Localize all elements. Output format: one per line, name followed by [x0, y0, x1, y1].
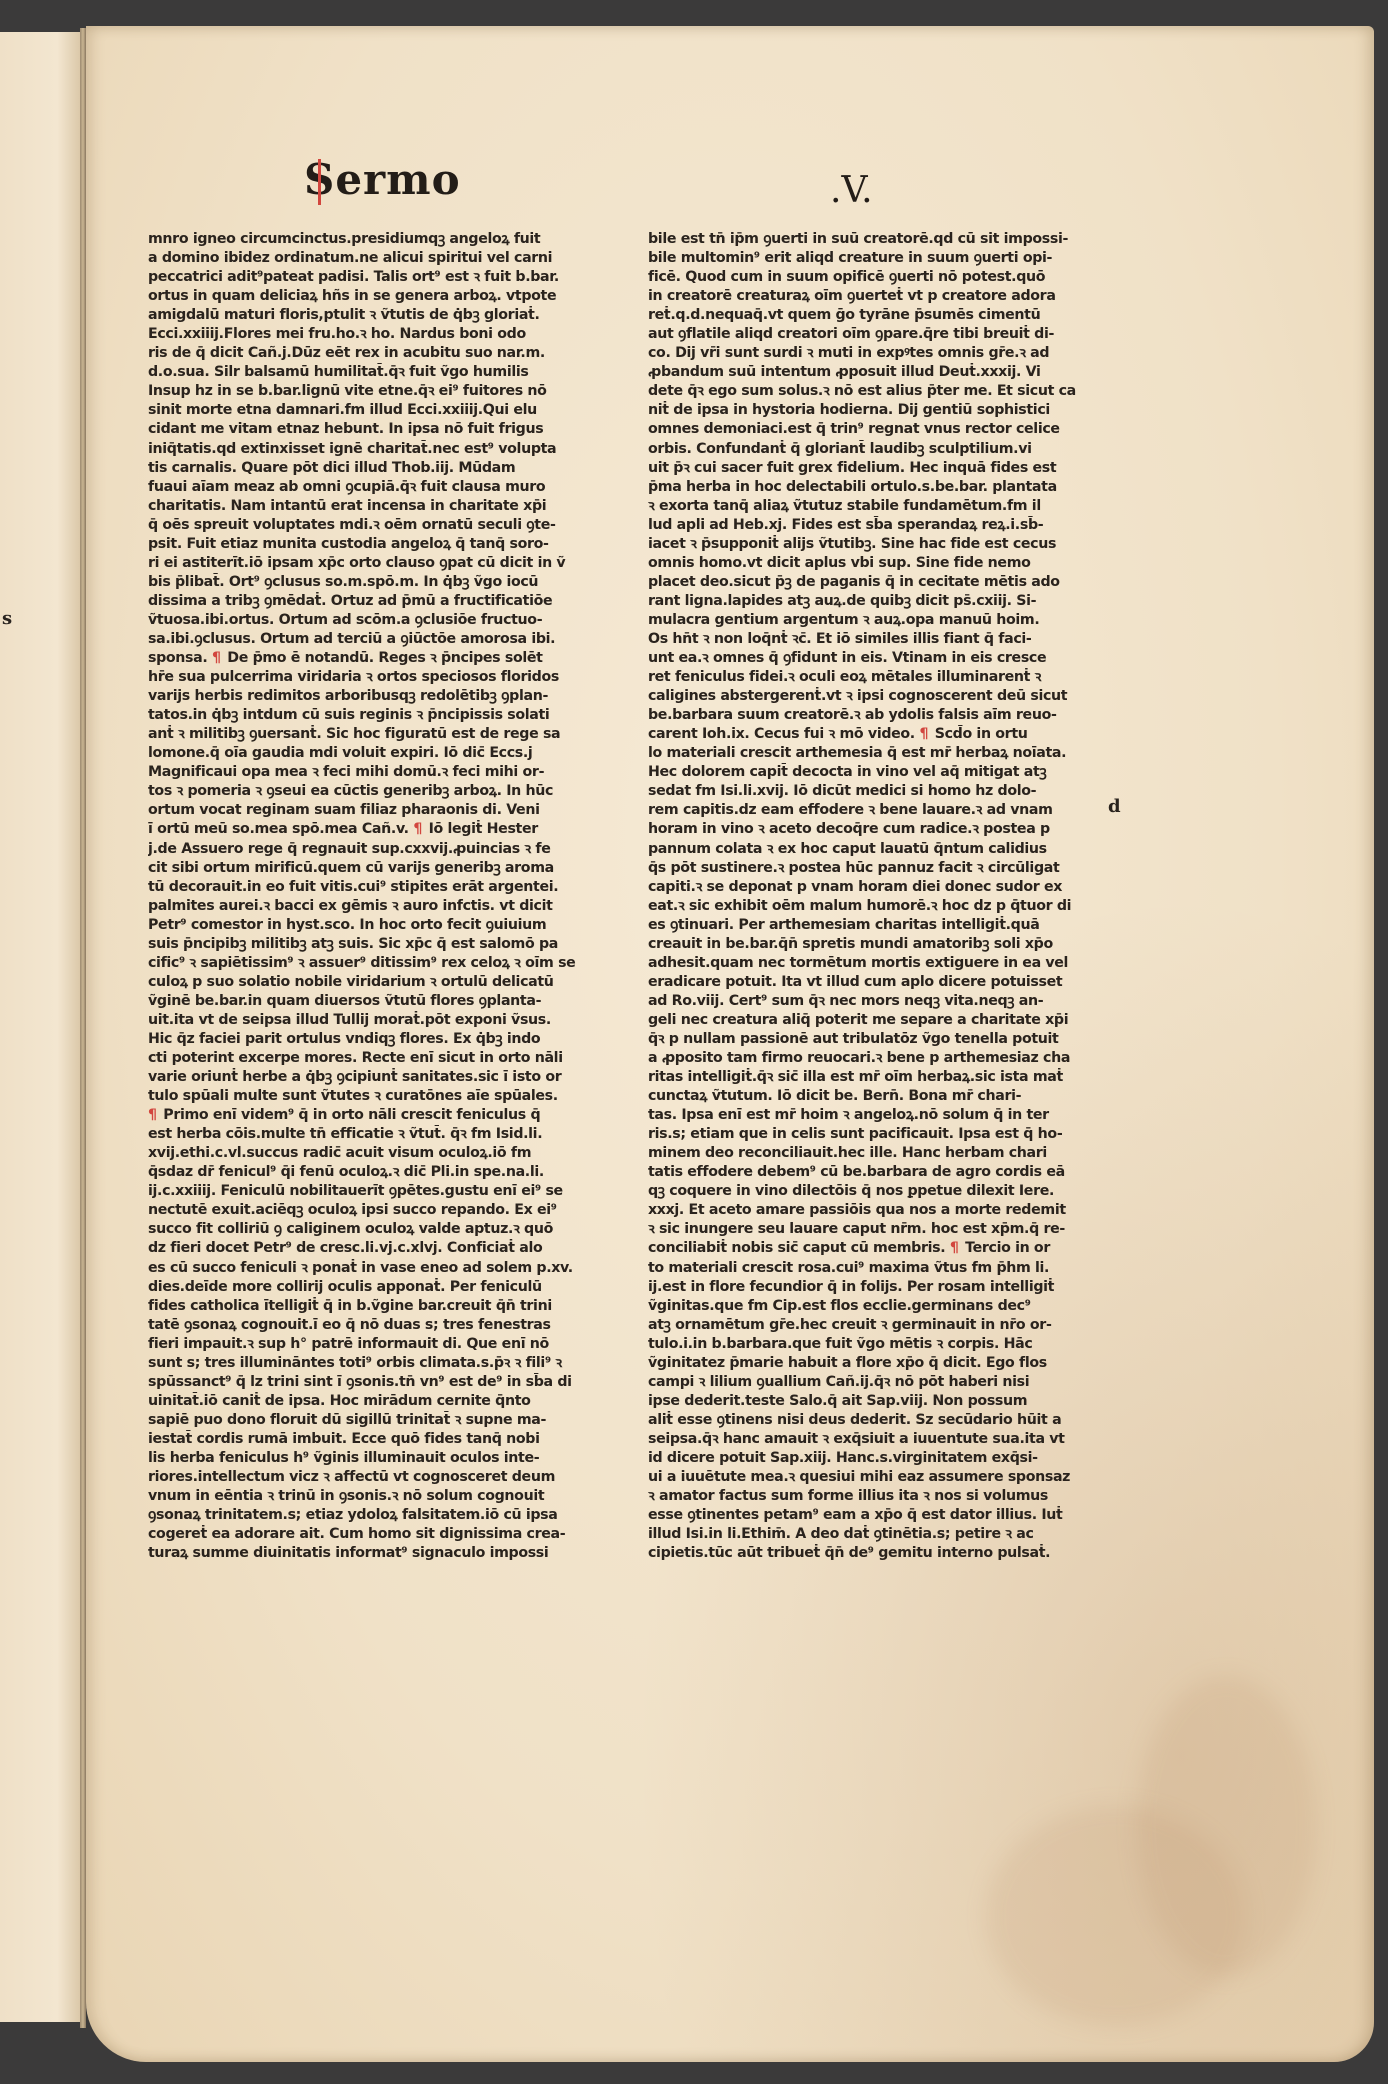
text-line: sunt s; tres illumināntes toti⁹ orbis cl… [148, 1354, 608, 1373]
text-line: q̄sdaz dr̄ fenicul⁹ q̄i fenū oculoꝝ.ꝛ di… [148, 1163, 608, 1182]
text-line: cunctaꝝ ṽtutum. Iō dicit be. Bern̄. Bona… [648, 1087, 1103, 1106]
text-line: turaꝝ summe diuinitatis informat⁹ signac… [148, 1544, 608, 1563]
rubric-pilcrow-icon: ¶ [212, 650, 221, 666]
text-column-right: bile est tn̄ ip̄m ꝯuerti in suū creatorē… [648, 230, 1103, 1563]
text-line: iniq̄tatis.qd extinxisset ignē charitat̄… [148, 440, 608, 459]
text-line: Magnificaui opa mea ꝛ feci mihi domū.ꝛ f… [148, 763, 608, 782]
text-line: ris de q̄ dicit Cañ.j.Dūz eēt rex in acu… [148, 344, 608, 363]
text-line: cipietis.tūc aūt tribueṫ q̄n̄ de⁹ gemitu… [648, 1544, 1103, 1563]
text-line: est herba cōis.multe tn̄ efficatie ꝛ ṽtu… [148, 1125, 608, 1144]
text-line: dissima a tribꝫ ꝯmēdaṫ. Ortuz ad p̄mū a … [148, 592, 608, 611]
text-line: fieri impauit.ꝛ sup h° patrē informauit … [148, 1335, 608, 1354]
text-line: Petr⁹ comestor in hyst.sco. In hoc orto … [148, 916, 608, 935]
text-line: ris.s; etiam que in celis sunt pacificau… [648, 1125, 1103, 1144]
text-line: fides catholica ītelligiṫ q̄ in b.ṽgine … [148, 1297, 608, 1316]
running-head-text: Sermo [304, 155, 461, 204]
text-line: unt ea.ꝛ omnes q̄ ꝯfidunt in eis. Vtinam… [648, 649, 1103, 668]
text-line: riores.intellectum vicz ꝛ affectū vt cog… [148, 1468, 608, 1487]
text-line: cti poterint excerpe mores. Recte enī si… [148, 1049, 608, 1068]
text-line: ꝯsonaꝝ trinitatem.s; etiaz ydoloꝝ falsit… [148, 1506, 608, 1525]
text-line: in creatorē creaturaꝝ oīm ꝯuerteṫ vt p c… [648, 287, 1103, 306]
text-line: lomone.q̄ oīa gaudia mdi voluit expiri. … [148, 744, 608, 763]
text-line: ¶ Primo enī videm⁹ q̄ in orto nāli cresc… [148, 1106, 608, 1125]
text-line: nectutē exuit.aciēqꝫ oculoꝝ ipsi succo r… [148, 1201, 608, 1220]
text-line: atꝫ ornamētum gr̄e.hec creuit ꝛ germinau… [648, 1316, 1103, 1335]
text-line: Os hn̄t ꝛ non loq̄nṫ ꝛc̄. Et iō similes … [648, 630, 1103, 649]
text-line: bile multomin⁹ erit aliqd creature in su… [648, 249, 1103, 268]
text-line: seipsa.q̄ꝛ hanc amauit ꝛ exq̄siuit a iuu… [648, 1430, 1103, 1449]
rubric-pilcrow-icon: ¶ [413, 821, 422, 837]
water-stain [1136, 1676, 1316, 1976]
text-line: eat.ꝛ sic exhibit oēm malum humorē.ꝛ hoc… [648, 897, 1103, 916]
text-line: cidant me vitam etnaz hebunt. In ipsa nō… [148, 420, 608, 439]
text-line: ficē. Quod cum in suum opificē ꝯuerti nō… [648, 268, 1103, 287]
text-line: to materiali crescit rosa.cui⁹ maxima ṽt… [648, 1259, 1103, 1278]
rubric-pilcrow-icon: ¶ [148, 1107, 157, 1123]
text-line: horam in vino ꝛ aceto decoq̄re cum radic… [648, 820, 1103, 839]
text-line: qꝫ coquere in vino dilectōis q̄ nos ꝑpet… [648, 1182, 1103, 1201]
text-line: Ecci.xxiiij.Flores mei fru.ho.ꝛ ho. Nard… [148, 325, 608, 344]
text-line: suis p̄ncipibꝫ militibꝫ atꝫ suis. Sic xp… [148, 935, 608, 954]
text-line: xvij.ethi.c.vl.succus radic̄ acuit visum… [148, 1144, 608, 1163]
text-line: ꝛ sic inungere seu lauare caput nr̄m. ho… [648, 1220, 1103, 1239]
rubric-pilcrow-icon: ¶ [950, 1240, 959, 1256]
text-line: varijs herbis redimitos arboribusqꝫ redo… [148, 687, 608, 706]
text-line: ri ei astiterīt.iō ipsam xp̄c orto claus… [148, 554, 608, 573]
text-line: succo fit colliriū ꝯ caliginem oculoꝝ va… [148, 1220, 608, 1239]
text-line: peccatrici adit⁹pateat padisi. Talis ort… [148, 268, 608, 287]
text-line: adhesit.quam nec tormētum mortis extigue… [648, 954, 1103, 973]
text-line: q̄ꝛ p nullam passionē aut tribulatōz ṽgo… [648, 1030, 1103, 1049]
text-line: tulo.i.in b.barbara.que fuit ṽgo mētis ꝛ… [648, 1335, 1103, 1354]
text-line: tū decorauit.in eo fuit vitis.cui⁹ stipi… [148, 878, 608, 897]
text-line: omnis homo.vt dicit aplus vbi sup. Sine … [648, 554, 1103, 573]
text-line: carent Ioh.ix. Cecus fui ꝛ mō video. ¶ S… [648, 725, 1103, 744]
text-line: d.o.sua. Silr balsamū humilitat̄.q̄ꝛ fui… [148, 363, 608, 382]
text-line: ꝓbandum suū intentum ꝓposuit illud Deuṫ.… [648, 363, 1103, 382]
text-line: sponsa. ¶ De p̄mo ē notandū. Reges ꝛ p̄n… [148, 649, 608, 668]
text-line: be.barbara suum creatorē.ꝛ ab ydolis fal… [648, 706, 1103, 725]
text-line: uit p̄ꝛ cui sacer fuit grex fidelium. He… [648, 459, 1103, 478]
text-line: dz fieri docet Petr⁹ de cresc.li.vj.c.xl… [148, 1239, 608, 1258]
text-line: reṫ.q.d.nequaq̄.vt quem ḡo tyrāne p̄sumē… [648, 306, 1103, 325]
text-line: campi ꝛ lilium ꝯuallium Cañ.ij.q̄ꝛ nō pō… [648, 1373, 1103, 1392]
text-line: tos ꝛ pomeria ꝛ ꝯseui ea cūctis generibꝫ… [148, 782, 608, 801]
text-line: tas. Ipsa enī est mr̄ hoim ꝛ angeloꝝ.nō … [648, 1106, 1103, 1125]
text-line: ꝛ amator factus sum forme illius ita ꝛ n… [648, 1487, 1103, 1506]
text-line: ad Ro.viij. Cert⁹ sum q̄ꝛ nec mors neqꝫ … [648, 992, 1103, 1011]
text-line: iestat̄ cordis rumā imbuit. Ecce quō fid… [148, 1430, 608, 1449]
text-line: mulacra gentium argentum ꝛ auꝝ.opa manuū… [648, 611, 1103, 630]
facing-page-signature: s [2, 608, 12, 629]
marginal-mark: d [1108, 796, 1121, 817]
text-line: sedat fm Isi.li.xvij. Iō dicūt medici si… [648, 782, 1103, 801]
text-line: uinitat̄.iō caniṫ de ipsa. Hoc mirādum c… [148, 1392, 608, 1411]
text-line: geli nec creatura aliq̄ poterit me separ… [648, 1011, 1103, 1030]
text-line: ꝛ exorta tanq̄ aliaꝝ ṽtutuz stabile fund… [648, 497, 1103, 516]
text-line: ret feniculus fidei.ꝛ oculi eoꝝ mētales … [648, 668, 1103, 687]
text-line: q̄ oēs spreuit voluptates mdi.ꝛ oēm orna… [148, 516, 608, 535]
text-line: ṽginitatez p̄marie habuit a flore xp̄o q… [648, 1354, 1103, 1373]
text-line: varie oriunṫ herbe a q̇bꝫ ꝯcipiunṫ sanit… [148, 1068, 608, 1087]
text-line: culoꝝ p suo solatio nobile viridarium ꝛ … [148, 973, 608, 992]
text-line: lo materiali crescit arthemesia q̄ est m… [648, 744, 1103, 763]
text-line: aut ꝯflatile aliqd creatori oīm ꝯpare.q̄… [648, 325, 1103, 344]
text-line: psit. Fuit etiaz munita custodia angeloꝝ… [148, 535, 608, 554]
text-line: Hec dolorem capit̄ decocta in vino vel a… [648, 763, 1103, 782]
text-line: esse ꝯtinentes petam⁹ eam a xp̄o q̄ est … [648, 1506, 1103, 1525]
text-line: ṽtuosa.ibi.ortus. Ortum ad scōm.a ꝯclusi… [148, 611, 608, 630]
text-line: illud Isi.in li.Ethim̄. A deo daṫ ꝯtinēt… [648, 1525, 1103, 1544]
text-line: ritas intelligiṫ.q̄ꝛ sic̄ illa est mr̄ o… [648, 1068, 1103, 1087]
text-line: a ꝓposito tam firmo reuocari.ꝛ bene p ar… [648, 1049, 1103, 1068]
text-line: cit sibi ortum mirificū.quem cū varijs g… [148, 859, 608, 878]
text-line: caligines abstergerenṫ.vt ꝛ ipsi cognosc… [648, 687, 1103, 706]
text-line: amigdalū maturi floris,ptulit ꝛ ṽtutis d… [148, 306, 608, 325]
text-line: placet deo.sicut p̄ꝫ de paganis q̄ in ce… [648, 573, 1103, 592]
text-line: a domino ibidez ordinatum.ne alicui spir… [148, 249, 608, 268]
text-line: conciliabiṫ nobis sic̄ caput cū membris.… [648, 1239, 1103, 1258]
text-line: palmites aurei.ꝛ bacci ex gēmis ꝛ auro i… [148, 897, 608, 916]
text-line: creauit in be.bar.q̄n̄ spretis mundi ama… [648, 935, 1103, 954]
text-line: id dicere potuit Sap.xiij. Hanc.s.virgin… [648, 1449, 1103, 1468]
text-line: pannum colata ꝛ ex hoc caput lauatū q̄nt… [648, 840, 1103, 859]
text-line: dete q̄ꝛ ego sum solus.ꝛ nō est alius p̄… [648, 382, 1103, 401]
text-line: es cū succo feniculi ꝛ ponaṫ in vase ene… [148, 1259, 608, 1278]
text-line: charitatis. Nam intantū erat incensa in … [148, 497, 608, 516]
text-line: spūssanct⁹ q̄ lz trini sint ī ꝯsonis.tn̄… [148, 1373, 608, 1392]
text-line: sa.ibi.ꝯclusus. Ortum ad terciū a ꝯiūctō… [148, 630, 608, 649]
text-line: lis herba feniculus h⁹ ṽginis illuminaui… [148, 1449, 608, 1468]
text-line: omnes demoniaci.est q̄ trin⁹ regnat vnus… [648, 420, 1103, 439]
text-line: iacet ꝛ p̄supponiṫ alijs ṽtutibꝫ. Sine h… [648, 535, 1103, 554]
text-line: xxxj. Et aceto amare passiōis qua nos a … [648, 1201, 1103, 1220]
text-line: p̄ma herba in hoc delectabili ortulo.s.b… [648, 478, 1103, 497]
text-line: tulo spūali multe sunt ṽtutes ꝛ curatōne… [148, 1087, 608, 1106]
text-line: ij.c.xxiiij. Feniculū nobilitauerīt ꝯpēt… [148, 1182, 608, 1201]
text-line: ortum vocat reginam suam filiaz pharaoni… [148, 801, 608, 820]
text-line: es ꝯtinuari. Per arthemesiam charitas in… [648, 916, 1103, 935]
text-line: sapiē puo dono floruit dū sigillū trinit… [148, 1411, 608, 1430]
text-line: ortus in quam deliciaꝝ hñs in se genera … [148, 287, 608, 306]
text-line: Insup hz in se b.bar.lignū vite etne.q̄ꝛ… [148, 382, 608, 401]
text-line: vnum in eēntia ꝛ trinū in ꝯsonis.ꝛ nō so… [148, 1487, 608, 1506]
text-line: orbis. Confundanṫ q̄ gloriant̄ laudibꝫ s… [648, 440, 1103, 459]
text-line: rant ligna.lapides atꝫ auꝝ.de quibꝫ dici… [648, 592, 1103, 611]
text-line: ī ortū meū so.mea spō.mea Cañ.v. ¶ Iō le… [148, 820, 608, 839]
text-line: fuaui aīam meaz ab omni ꝯcupiā.q̄ꝛ fuit … [148, 478, 608, 497]
text-line: ij.est in flore fecundior q̄ in folijs. … [648, 1278, 1103, 1297]
running-head: Sermo [304, 155, 461, 204]
text-line: capiti.ꝛ se deponat p vnam horam diei do… [648, 878, 1103, 897]
text-line: cogereṫ ea adorare ait. Cum homo sit dig… [148, 1525, 608, 1544]
text-line: sinit morte etna damnari.fm illud Ecci.x… [148, 401, 608, 420]
text-line: dies.deīde more collirij oculis apponaṫ.… [148, 1278, 608, 1297]
text-line: niṫ de ipsa in hystoria hodierna. Dij ge… [648, 401, 1103, 420]
text-line: ipse dederit.teste Salo.q̄ ait Sap.viij.… [648, 1392, 1103, 1411]
text-line: tatos.in q̇bꝫ intdum cū suis reginis ꝛ p… [148, 706, 608, 725]
text-line: ṽginitas.que fm Cip.est flos ecclie.germ… [648, 1297, 1103, 1316]
text-line: bis p̄libat̄. Ort⁹ ꝯclusus so.m.spō.m. I… [148, 573, 608, 592]
text-line: lud apli ad Heb.xj. Fides est sb̄a spera… [648, 516, 1103, 535]
text-line: bile est tn̄ ip̄m ꝯuerti in suū creatorē… [648, 230, 1103, 249]
text-line: hr̄e sua pulcerrima viridaria ꝛ ortos sp… [148, 668, 608, 687]
text-line: uit.ita vt de seipsa illud Tullij moraṫ.… [148, 1011, 608, 1030]
text-line: tis carnalis. Quare pōt dici illud Thob.… [148, 459, 608, 478]
text-line: anṫ ꝛ militibꝫ ꝯuersanṫ. Sic hoc figurat… [148, 725, 608, 744]
text-line: ṽginē be.bar.in quam diuersos ṽtutū flor… [148, 992, 608, 1011]
text-line: rem capitis.dz eam effodere ꝛ bene lauar… [648, 801, 1103, 820]
text-line: Hic q̄z faciei parit ortulus vndiqꝫ flor… [148, 1030, 608, 1049]
text-line: co. Dij vr̄i sunt surdi ꝛ muti in expꝰte… [648, 344, 1103, 363]
rubric-stroke [318, 159, 321, 205]
text-line: cific⁹ ꝛ sapiētissim⁹ ꝛ assuer⁹ ditissim… [148, 954, 608, 973]
text-line: q̄s pōt sustinere.ꝛ postea hūc pannuz fa… [648, 859, 1103, 878]
text-line: ui a iuuētute mea.ꝛ quesiui mihi eaz ass… [648, 1468, 1103, 1487]
text-column-left: mnro igneo circumcinctus.presidiumqꝫ ang… [148, 230, 608, 1563]
folio-number: .V. [830, 170, 873, 211]
text-line: eradicare potuit. Ita vt illud cum aplo … [648, 973, 1103, 992]
text-line: j.de Assuero rege q̄ regnauit sup.cxxvij… [148, 840, 608, 859]
text-line: mnro igneo circumcinctus.presidiumqꝫ ang… [148, 230, 608, 249]
text-line: aliṫ esse ꝯtinens nisi deus dederit. Sz … [648, 1411, 1103, 1430]
text-line: tatis effodere debem⁹ cū be.barbara de a… [648, 1163, 1103, 1182]
text-line: minem deo reconciliauit.hec ille. Hanc h… [648, 1144, 1103, 1163]
text-line: tatē ꝯsonaꝝ cognouit.ī eo q̄ nō duas s; … [148, 1316, 608, 1335]
rubric-pilcrow-icon: ¶ [919, 726, 928, 742]
facing-page-edge: s [0, 32, 82, 2022]
